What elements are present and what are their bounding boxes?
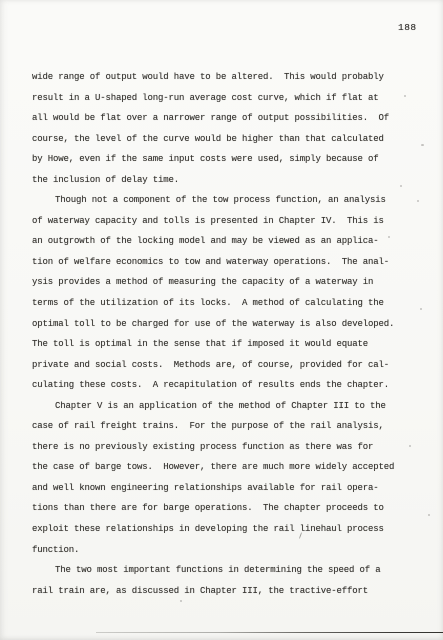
footer-rule [96,632,443,633]
text-line: tions than there are for barge operation… [32,498,402,519]
text-line: rail train are, as discussed in Chapter … [32,581,402,602]
scan-speck [409,445,411,447]
text-line: and well known engineering relationships… [32,478,402,499]
text-line: terms of the utilization of its locks. A… [32,293,402,314]
text-line: course, the level of the curve would be … [32,129,402,150]
text-line: optimal toll to be charged for use of th… [32,314,402,335]
text-line: The two most important functions in dete… [32,560,402,581]
page-body-text: wide range of output would have to be al… [32,67,402,601]
text-line: culating these costs. A recapitulation o… [32,375,402,396]
page-number: 188 [398,22,417,33]
text-line: there is no previously existing process … [32,437,402,458]
scan-speck [180,600,182,602]
scan-speck [404,95,406,97]
text-line: The toll is optimal in the sense that if… [32,334,402,355]
text-line: ysis provides a method of measuring the … [32,272,402,293]
text-line: case of rail freight trains. For the pur… [32,416,402,437]
text-line: of waterway capacity and tolls is presen… [32,211,402,232]
text-line: an outgrowth of the locking model and ma… [32,231,402,252]
text-line: function. [32,540,402,561]
text-line: exploit these relationships in developin… [32,519,402,540]
text-line: Though not a component of the tow proces… [32,190,402,211]
text-line: Chapter V is an application of the metho… [32,396,402,417]
scan-speck [421,144,424,146]
scan-speck [388,236,390,238]
text-line: the case of barge tows. However, there a… [32,457,402,478]
scan-speck [417,200,419,202]
text-line: the inclusion of delay time. [32,170,402,191]
scan-speck [420,308,422,310]
text-line: by Howe, even if the same input costs we… [32,149,402,170]
text-line: all would be flat over a narrower range … [32,108,402,129]
scan-speck [428,514,430,516]
scanned-document-page: 188 wide range of output would have to b… [0,0,443,640]
text-line: tion of welfare economics to tow and wat… [32,252,402,273]
text-line: private and social costs. Methods are, o… [32,355,402,376]
scan-speck [400,185,402,187]
text-line: result in a U-shaped long-run average co… [32,88,402,109]
text-line: wide range of output would have to be al… [32,67,402,88]
